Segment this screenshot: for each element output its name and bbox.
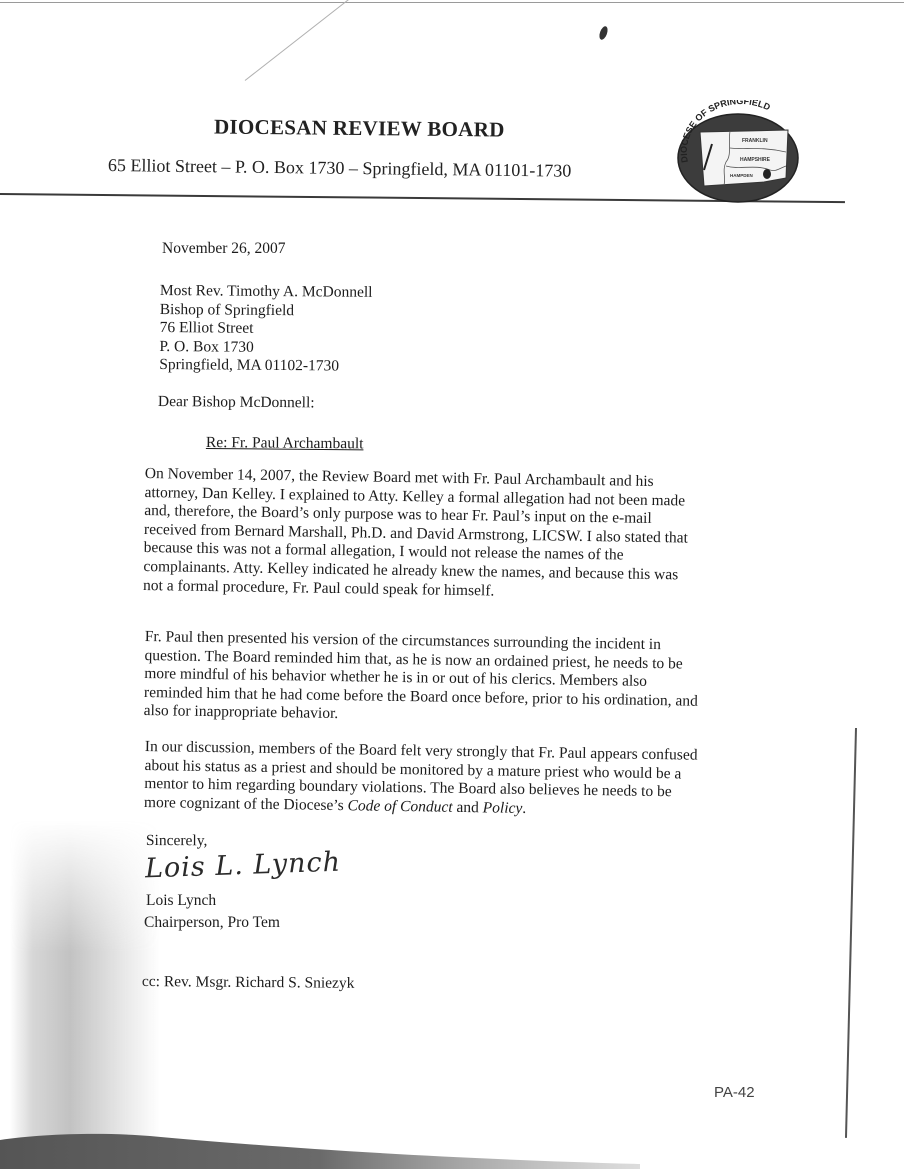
body-paragraph-1: On November 14, 2007, the Review Board m… <box>143 465 757 605</box>
text-run: more cognizant of the Diocese’s <box>144 794 348 814</box>
recipient-line: Springfield, MA 01102-1730 <box>159 356 372 376</box>
letterhead-address: 65 Elliot Street – P. O. Box 1730 – Spri… <box>108 155 572 182</box>
scan-top-edge <box>0 2 904 3</box>
scan-bottom-shadow <box>0 1130 640 1169</box>
scan-artifact-mark <box>598 25 609 41</box>
body-paragraph-2: Fr. Paul then presented his version of t… <box>144 628 757 731</box>
diocese-seal-icon: DIOCESE OF SPRINGFIELD FRANKLIN HAMPSHIR… <box>670 100 806 204</box>
scan-artifact-stroke <box>245 0 364 81</box>
text-run: and <box>452 799 482 816</box>
recipient-address: Most Rev. Timothy A. McDonnell Bishop of… <box>159 282 372 377</box>
policy-title: Policy <box>483 799 523 817</box>
recipient-line: Most Rev. Timothy A. McDonnell <box>160 282 373 302</box>
letterhead-title: DIOCESAN REVIEW BOARD <box>214 114 505 142</box>
code-of-conduct-title: Code of Conduct <box>347 797 452 816</box>
letter-date: November 26, 2007 <box>162 240 286 258</box>
text-run: . <box>522 800 526 817</box>
cc-line: cc: Rev. Msgr. Richard S. Sniezyk <box>142 973 355 993</box>
recipient-line: P. O. Box 1730 <box>159 338 372 358</box>
recipient-line: Bishop of Springfield <box>160 301 373 321</box>
seal-region-hampshire: HAMPSHIRE <box>740 157 771 163</box>
body-paragraph-3: In our discussion, members of the Board … <box>144 738 757 822</box>
seal-region-hampden: HAMPDEN <box>730 173 753 178</box>
scan-shadow <box>10 820 160 1150</box>
handwritten-signature: Lois L. Lynch <box>145 847 342 885</box>
salutation: Dear Bishop McDonnell: <box>158 393 315 412</box>
recipient-line: 76 Elliot Street <box>160 319 373 339</box>
subject-line: Re: Fr. Paul Archambault <box>206 434 364 453</box>
scan-right-edge <box>845 728 857 1138</box>
signer-title: Chairperson, Pro Tem <box>144 914 280 932</box>
page-identifier: PA-42 <box>714 1084 755 1101</box>
seal-region-franklin: FRANKLIN <box>742 138 768 144</box>
